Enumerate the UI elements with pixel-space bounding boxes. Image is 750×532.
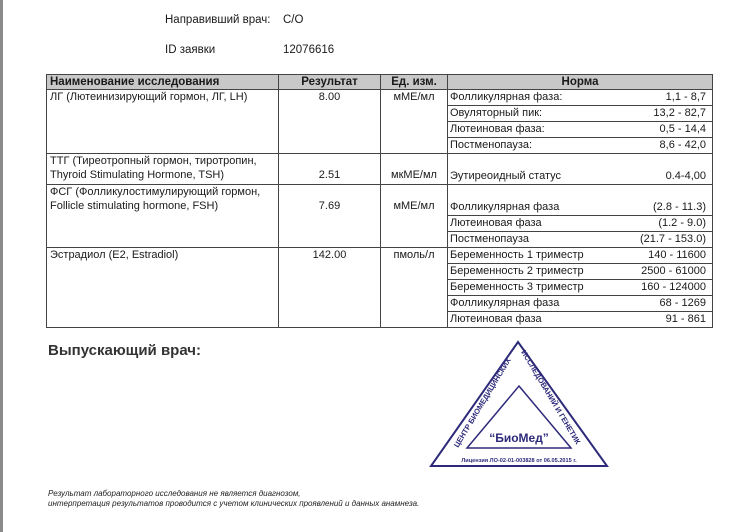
norm-label: Фолликулярная фаза: (450, 90, 562, 105)
norm-line: Постменопауза:8,6 - 42,0 (448, 138, 712, 153)
request-id-row: ID заявки12076616 (165, 44, 334, 56)
test-unit: мМЕ/мл (381, 185, 448, 248)
norm-range: 1,1 - 8,7 (666, 90, 706, 105)
norm-label: Эутиреоидный статус (450, 169, 561, 184)
column-header-unit: Ед. изм. (381, 75, 448, 90)
norm-label: Фолликулярная фаза (450, 200, 559, 215)
test-name-line: Thyroid Stimulating Hormone, TSH) (50, 168, 275, 182)
norm-line: Постменопауза(21.7 - 153.0) (448, 232, 712, 247)
norm-line: Беременность 2 триместр2500 - 61000 (448, 264, 712, 280)
norm-range: (1.2 - 9.0) (658, 216, 706, 231)
test-name: ЛГ (Лютеинизирующий гормон, ЛГ, LH) (47, 90, 279, 154)
issuing-doctor-label: Выпускающий врач: (48, 342, 201, 359)
test-result: 8.00 (279, 90, 381, 154)
request-id-value: 12076616 (283, 44, 334, 56)
test-name-line: ЛГ (Лютеинизирующий гормон, ЛГ, LH) (50, 90, 275, 104)
norm-range: 0.4-4,00 (666, 169, 706, 184)
test-name-line: Эстрадиол (E2, Estradiol) (50, 248, 275, 262)
request-id-label: ID заявки (165, 44, 283, 56)
test-unit: мкМЕ/мл (381, 154, 448, 185)
norm-label: Постменопауза: (450, 138, 532, 153)
test-result: 7.69 (279, 185, 381, 248)
norm-label: Беременность 1 триместр (450, 248, 584, 263)
svg-text:Лицензия ЛО-02-01-003828 от 06: Лицензия ЛО-02-01-003828 от 06.05.2015 г… (461, 458, 577, 464)
table-row: ТТГ (Тиреотропный гормон, тиротропин,Thy… (47, 154, 713, 185)
norm-label: Фолликулярная фаза (450, 296, 559, 311)
test-unit: мМЕ/мл (381, 90, 448, 154)
norm-line: Беременность 3 триместр160 - 124000 (448, 280, 712, 296)
norm-line: Фолликулярная фаза:1,1 - 8,7 (448, 90, 712, 106)
test-name-line: Follicle stimulating hormone, FSH) (50, 199, 275, 213)
svg-text:“БиоМед”: “БиоМед” (489, 431, 549, 445)
norm-label: Постменопауза (450, 232, 529, 247)
test-norm: Фолликулярная фаза:1,1 - 8,7Овуляторный … (448, 90, 713, 154)
norm-label: Овуляторный пик: (450, 106, 542, 121)
table-row: ЛГ (Лютеинизирующий гормон, ЛГ, LH)8.00м… (47, 90, 713, 154)
lab-stamp: ЦЕНТР БИОМЕДИЦИНСКИХ ИССЛЕДОВАНИЙ И ГЕНЕ… (425, 338, 615, 488)
stamp-triangle-icon: ЦЕНТР БИОМЕДИЦИНСКИХ ИССЛЕДОВАНИЙ И ГЕНЕ… (425, 338, 615, 488)
test-name: ФСГ (Фолликулостимулирующий гормон,Folli… (47, 185, 279, 248)
norm-line: Эутиреоидный статус0.4-4,00 (448, 169, 712, 184)
table-row: Эстрадиол (E2, Estradiol)142.00пмоль/лБе… (47, 248, 713, 328)
norm-range: 68 - 1269 (660, 296, 706, 311)
disclaimer-line-2: интерпретация результатов проводится с у… (48, 499, 419, 509)
norm-range: 13,2 - 82,7 (653, 106, 706, 121)
norm-label: Лютеиновая фаза (450, 312, 542, 327)
test-name: Эстрадиол (E2, Estradiol) (47, 248, 279, 328)
test-result: 142.00 (279, 248, 381, 328)
test-norm: Эутиреоидный статус0.4-4,00 (448, 154, 713, 185)
norm-label: Лютеиновая фаза: (450, 122, 545, 137)
column-header-result: Результат (279, 75, 381, 90)
results-table: Наименование исследования Результат Ед. … (46, 74, 713, 328)
norm-line: Лютеиновая фаза91 - 861 (448, 312, 712, 327)
norm-line: Фолликулярная фаза68 - 1269 (448, 296, 712, 312)
norm-range: 0,5 - 14,4 (660, 122, 706, 137)
norm-label: Беременность 3 триместр (450, 280, 584, 295)
test-result: 2.51 (279, 154, 381, 185)
norm-range: (21.7 - 153.0) (640, 232, 706, 247)
test-unit: пмоль/л (381, 248, 448, 328)
norm-label: Беременность 2 триместр (450, 264, 584, 279)
column-header-name: Наименование исследования (47, 75, 279, 90)
norm-line: Овуляторный пик:13,2 - 82,7 (448, 106, 712, 122)
norm-range: 8,6 - 42,0 (660, 138, 706, 153)
table-row: ФСГ (Фолликулостимулирующий гормон,Folli… (47, 185, 713, 248)
test-name: ТТГ (Тиреотропный гормон, тиротропин,Thy… (47, 154, 279, 185)
norm-range: 91 - 861 (666, 312, 706, 327)
test-name-line: ФСГ (Фолликулостимулирующий гормон, (50, 185, 275, 199)
norm-range: 140 - 11600 (648, 248, 706, 263)
disclaimer-line-1: Результат лабораторного исследования не … (48, 489, 419, 499)
referring-doctor-value: С/О (283, 14, 303, 26)
referring-doctor-label: Направивший врач: (165, 14, 283, 26)
test-name-line: ТТГ (Тиреотропный гормон, тиротропин, (50, 154, 275, 168)
test-norm: Беременность 1 триместр140 - 11600Береме… (448, 248, 713, 328)
page-edge-bar (0, 0, 3, 532)
norm-label: Лютеиновая фаза (450, 216, 542, 231)
norm-line: Лютеиновая фаза(1.2 - 9.0) (448, 216, 712, 232)
disclaimer: Результат лабораторного исследования не … (48, 489, 419, 509)
norm-range: 160 - 124000 (641, 280, 706, 295)
norm-line: Фолликулярная фаза(2.8 - 11.3) (448, 200, 712, 216)
norm-range: 2500 - 61000 (641, 264, 706, 279)
table-header-row: Наименование исследования Результат Ед. … (47, 75, 713, 90)
norm-range: (2.8 - 11.3) (653, 200, 706, 215)
norm-line: Беременность 1 триместр140 - 11600 (448, 248, 712, 264)
norm-line: Лютеиновая фаза:0,5 - 14,4 (448, 122, 712, 138)
column-header-norm: Норма (448, 75, 713, 90)
svg-text:ИССЛЕДОВАНИЙ И ГЕНЕТИКИ: ИССЛЕДОВАНИЙ И ГЕНЕТИКИ (425, 338, 583, 446)
referring-doctor-row: Направивший врач:С/О (165, 14, 303, 26)
test-norm: Фолликулярная фаза(2.8 - 11.3)Лютеиновая… (448, 185, 713, 248)
